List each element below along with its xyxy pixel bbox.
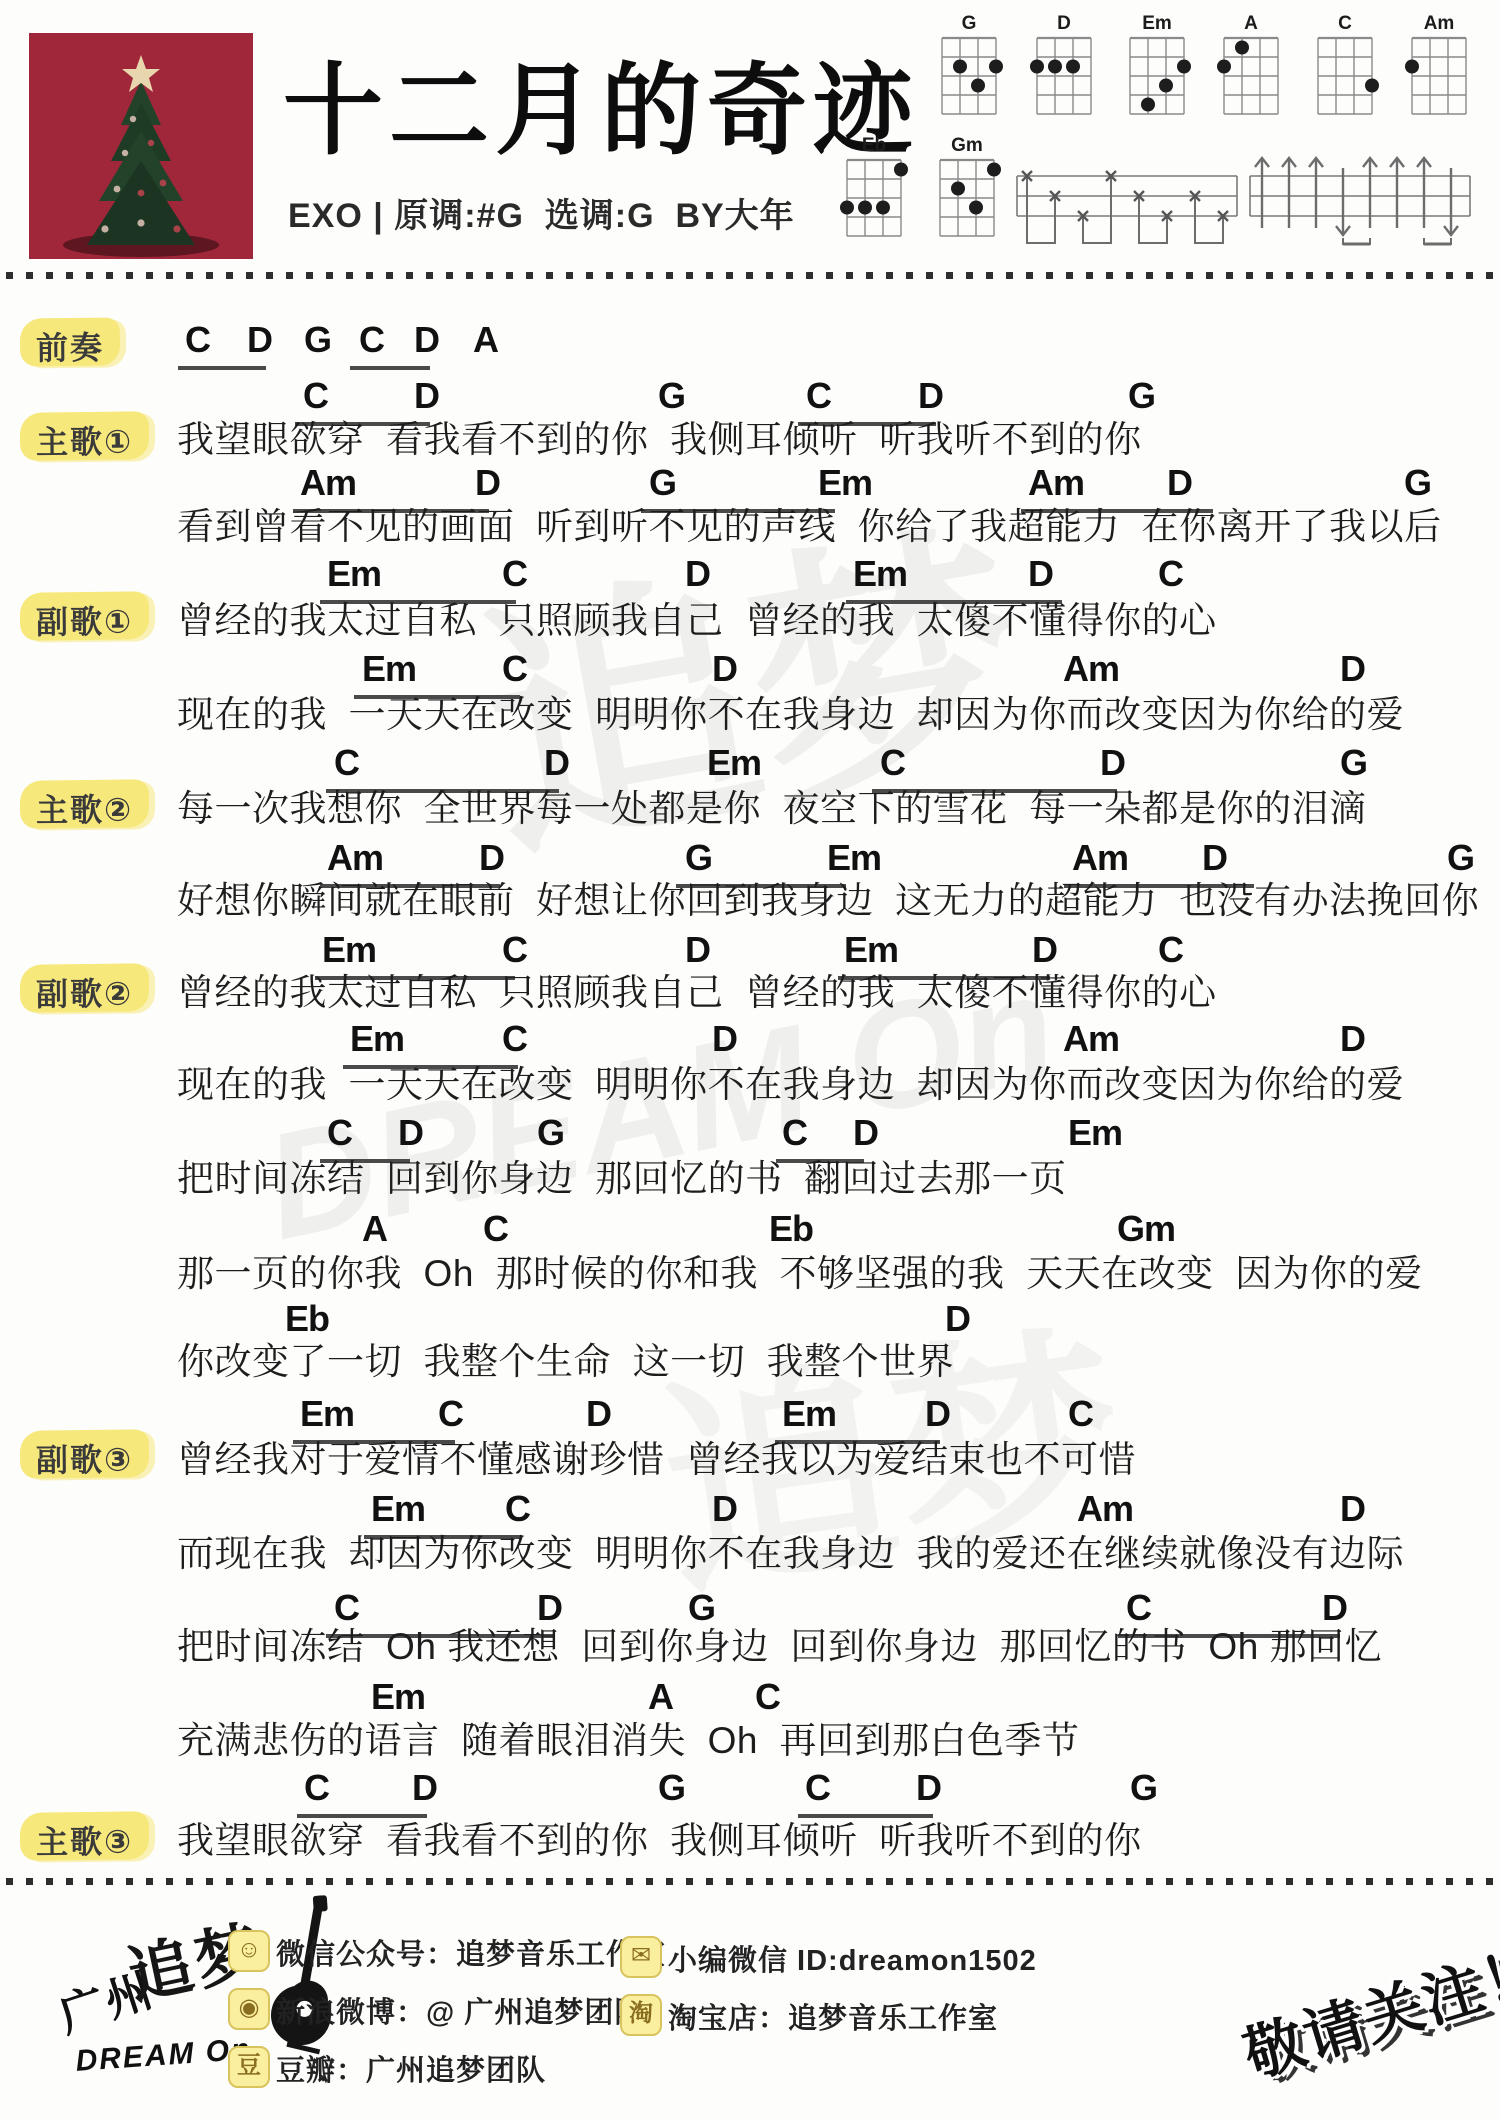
section-label: 前奏	[20, 317, 121, 366]
chord: C	[505, 1491, 530, 1527]
chord-underline	[297, 1814, 427, 1818]
chord: C	[359, 322, 384, 358]
chord: D	[1340, 651, 1365, 687]
lyric-line: 把时间冻结 回到你身边 那回忆的书 翻回过去那一页	[177, 1159, 1067, 1199]
guitar-icon	[257, 1894, 359, 2070]
chord: Am	[300, 465, 356, 501]
svg-text:A: A	[1244, 14, 1258, 34]
lyric-line: 我望眼欲穿 看我看不到的你 我侧耳倾听 听我听不到的你	[177, 1821, 1142, 1861]
chord: C	[303, 378, 328, 414]
chord-underline	[350, 366, 430, 370]
lyric-line: 把时间冻结 Oh 我还想 回到你身边 回到你身边 那回忆的书 Oh 那回忆	[177, 1627, 1382, 1667]
lyric-line: 我望眼欲穿 看我看不到的你 我侧耳倾听 听我听不到的你	[177, 420, 1142, 460]
album-cover-art	[29, 33, 253, 259]
chord: D	[1167, 465, 1192, 501]
chord: D	[1028, 556, 1053, 592]
footer-social-text: 新浪微博：@ 广州追梦团队	[276, 1990, 644, 2031]
chord: C	[334, 1590, 359, 1626]
lyric-line: 每一次我想你 全世界每一处都是你 夜空下的雪花 每一朵都是你的泪滴	[177, 789, 1367, 829]
taobao-icon: 淘	[620, 1994, 662, 2036]
chord: Em	[853, 556, 907, 592]
chord-underline	[798, 1814, 933, 1818]
chord: C	[502, 556, 527, 592]
chord: G	[685, 840, 712, 876]
wechat-id-icon: ✉	[620, 1936, 662, 1978]
chord: D	[1340, 1491, 1365, 1527]
chord: D	[853, 1115, 878, 1151]
chord: D	[544, 745, 569, 781]
chord: Eb	[769, 1211, 813, 1247]
chord: D	[398, 1115, 423, 1151]
chord: C	[304, 1770, 329, 1806]
chord-diagram-Am: Am	[1405, 14, 1473, 118]
chord: D	[925, 1396, 950, 1432]
follow-us-stamp: 敬请关注！	[1232, 1922, 1500, 2095]
chord: C	[327, 1115, 352, 1151]
chord: Em	[371, 1491, 425, 1527]
chord: C	[1126, 1590, 1151, 1626]
lyric-line: 而现在我 却因为你改变 明明你不在我身边 我的爱还在继续就像没有边际	[177, 1534, 1404, 1574]
chord: D	[712, 651, 737, 687]
chord: C	[483, 1211, 508, 1247]
page-title: 十二月的奇迹	[283, 30, 919, 174]
chord: C	[806, 378, 831, 414]
chord: G	[658, 1770, 685, 1806]
chord: Gm	[1117, 1211, 1175, 1247]
chord: C	[755, 1679, 780, 1715]
dotted-divider-bottom	[6, 1878, 1494, 1885]
chord: G	[1447, 840, 1474, 876]
chord: Em	[362, 651, 416, 687]
chord: D	[918, 378, 943, 414]
lyric-line: 你改变了一切 我整个生命 这一切 我整个世界	[177, 1342, 954, 1382]
chord: C	[1068, 1396, 1093, 1432]
chord: D	[685, 556, 710, 592]
chord: D	[1202, 840, 1227, 876]
chord: G	[1128, 378, 1155, 414]
chord: Am	[327, 840, 383, 876]
chord: D	[479, 840, 504, 876]
chord: C	[1158, 932, 1183, 968]
section-label: 主歌②	[20, 779, 150, 828]
lyric-line: 曾经的我太过自私 只照顾我自己 曾经的我 太傻不懂得你的心	[177, 601, 1217, 641]
chord: G	[1130, 1770, 1157, 1806]
logo-text-en: DREAM On	[75, 2033, 253, 2079]
chord: D	[414, 378, 439, 414]
chord: A	[473, 322, 498, 358]
chord: C	[502, 651, 527, 687]
svg-text:D: D	[1057, 14, 1071, 34]
chord: C	[334, 745, 359, 781]
douban-icon: 豆	[228, 2046, 270, 2088]
chord-underline	[178, 366, 266, 370]
section-label: 主歌③	[20, 1811, 150, 1860]
chord: D	[1322, 1590, 1347, 1626]
chord: D	[1340, 1021, 1365, 1057]
chord: C	[1158, 556, 1183, 592]
chord: Em	[844, 932, 898, 968]
chord: D	[685, 932, 710, 968]
chord: D	[412, 1770, 437, 1806]
chord: A	[648, 1679, 673, 1715]
chord: G	[658, 378, 685, 414]
chord: G	[304, 322, 331, 358]
chord: Am	[1077, 1491, 1133, 1527]
chord: C	[805, 1770, 830, 1806]
strum-pattern-icon	[1248, 148, 1473, 253]
chord: Em	[818, 465, 872, 501]
chord: C	[880, 745, 905, 781]
chord: C	[502, 932, 527, 968]
lyric-line: 那一页的你我 Oh 那时候的你和我 不够坚强的我 天天在改变 因为你的爱	[177, 1254, 1423, 1294]
svg-text:Eb: Eb	[862, 136, 886, 156]
chord: Em	[827, 840, 881, 876]
section-label: 副歌①	[20, 591, 150, 640]
wechat-smiley-icon: ☺	[228, 1930, 270, 1972]
chord: A	[362, 1211, 387, 1247]
chord: D	[586, 1396, 611, 1432]
chord: D	[1100, 745, 1125, 781]
lyric-line: 现在的我 一天天在改变 明明你不在我身边 却因为你而改变因为你给的爱	[177, 695, 1404, 735]
lyric-line: 曾经我对于爱情不懂感谢珍惜 曾经我以为爱结束也不可惜	[177, 1440, 1136, 1480]
chord: Em	[322, 932, 376, 968]
footer-social-text: 小编微信 ID:dreamon1502	[668, 1938, 1037, 1979]
lyric-line: 充满悲伤的语言 随着眼泪消失 Oh 再回到那白色季节	[177, 1721, 1080, 1761]
chord: C	[782, 1115, 807, 1151]
svg-text:Gm: Gm	[951, 136, 983, 156]
chord: Em	[782, 1396, 836, 1432]
chord: Em	[1068, 1115, 1122, 1151]
chord-diagram-A: A	[1217, 14, 1285, 118]
dotted-divider-top	[6, 272, 1494, 279]
chord: Em	[371, 1679, 425, 1715]
chord-diagram-Em: Em	[1123, 14, 1191, 118]
chord-diagram-Gm: Gm	[933, 136, 1001, 240]
chord-diagram-G: G	[935, 14, 1003, 118]
svg-text:G: G	[962, 14, 977, 34]
chord: D	[1032, 932, 1057, 968]
svg-text:Em: Em	[1142, 14, 1172, 34]
footer-social-text: 淘宝店：追梦音乐工作室	[668, 1996, 998, 2037]
chord: C	[185, 322, 210, 358]
chord: D	[475, 465, 500, 501]
chord: Em	[350, 1021, 404, 1057]
lyric-line: 曾经的我太过自私 只照顾我自己 曾经的我 太傻不懂得你的心	[177, 973, 1217, 1013]
lyric-line: 看到曾看不见的画面 听到听不见的声线 你给了我超能力 在你离开了我以后	[177, 507, 1442, 547]
chord: D	[414, 322, 439, 358]
chord: Am	[1072, 840, 1128, 876]
chord: D	[247, 322, 272, 358]
chord-diagram-Eb: Eb	[840, 136, 908, 240]
lyric-line: 好想你瞬间就在眼前 好想让你回到我身边 这无力的超能力 也没有办法挽回你	[177, 881, 1479, 921]
section-label: 副歌③	[20, 1429, 150, 1478]
chord: G	[688, 1590, 715, 1626]
svg-text:C: C	[1338, 14, 1352, 34]
chord: G	[649, 465, 676, 501]
chord: G	[1340, 745, 1367, 781]
picking-pattern-icon	[1015, 148, 1240, 253]
chord: Am	[1063, 1021, 1119, 1057]
section-label: 副歌②	[20, 963, 150, 1012]
section-label: 主歌①	[20, 411, 150, 460]
chord: C	[502, 1021, 527, 1057]
chord: D	[945, 1301, 970, 1337]
chord: Eb	[285, 1301, 329, 1337]
chord-diagram-D: D	[1030, 14, 1098, 118]
lyric-line: 现在的我 一天天在改变 明明你不在我身边 却因为你而改变因为你给的爱	[177, 1065, 1404, 1105]
footer-social-text: 豆瓣：广州追梦团队	[276, 2048, 546, 2089]
chord: C	[438, 1396, 463, 1432]
song-meta: EXO | 原调:#G 选调:G BY大年	[288, 188, 795, 237]
chord: D	[712, 1021, 737, 1057]
chord: D	[712, 1491, 737, 1527]
chord-diagram-C: C	[1311, 14, 1379, 118]
weibo-icon: ◉	[228, 1988, 270, 2030]
footer-social-text: 微信公众号：追梦音乐工作室	[276, 1932, 666, 1973]
chord: D	[916, 1770, 941, 1806]
chord-sheet-page: 十二月的奇迹 EXO | 原调:#G 选调:G BY大年	[0, 0, 1500, 2121]
chord: Em	[300, 1396, 354, 1432]
chord: G	[537, 1115, 564, 1151]
chord: G	[1404, 465, 1431, 501]
chord: D	[537, 1590, 562, 1626]
chord: Em	[707, 745, 761, 781]
chord: Am	[1028, 465, 1084, 501]
chord: Am	[1063, 651, 1119, 687]
svg-text:Am: Am	[1424, 14, 1455, 34]
chord: Em	[327, 556, 381, 592]
